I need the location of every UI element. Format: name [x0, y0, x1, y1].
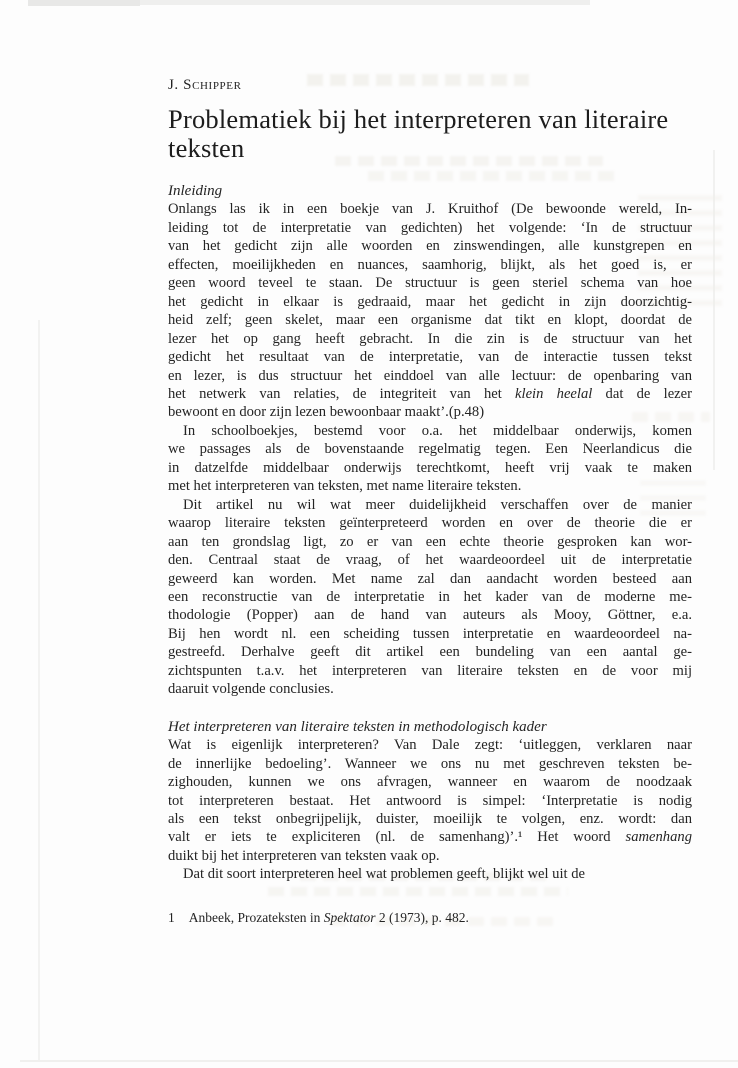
scan-edge-top-dark	[28, 0, 140, 6]
text-line: duikt bij het interpreteren van teksten …	[168, 847, 692, 865]
text-line: een reconstructie van de interpretatie i…	[168, 588, 692, 606]
text-line: valt er iets te expliciteren (nl. de sam…	[168, 828, 692, 846]
text-line: effecten, moeilijkheden en nuances, saam…	[168, 256, 692, 274]
text-line: Bij hen wordt nl. een scheiding tussen i…	[168, 625, 692, 643]
text-line: met het interpreteren van teksten, met n…	[168, 477, 692, 495]
text-line: de innerlijke bedoeling’. Wanneer we ons…	[168, 755, 692, 773]
paragraph: Onlangs las ik in een boekje van J. Krui…	[168, 200, 692, 421]
text-line: gestreefd. Derhalve geeft dit artikel ee…	[168, 643, 692, 661]
text-line: aan ten grondslag ligt, zo er van een ec…	[168, 533, 692, 551]
text-line: thodologie (Popper) aan de hand van aute…	[168, 606, 692, 624]
section-heading: Het interpreteren van literaire teksten …	[168, 718, 692, 736]
paragraph: Dit artikel nu wil wat meer duidelijkhei…	[168, 496, 692, 699]
text-line: we passages als de bovenstaande regelmat…	[168, 440, 692, 458]
text-line: waarop literaire teksten geïnterpreteerd…	[168, 514, 692, 532]
text-line: den. Centraal staat de vraag, of het waa…	[168, 551, 692, 569]
text-line: Onlangs las ik in een boekje van J. Krui…	[168, 200, 692, 218]
scan-edge-left	[38, 320, 40, 1062]
scan-edge-bottom	[20, 1060, 738, 1062]
text-line: Dat dit soort interpreteren heel wat pro…	[168, 865, 692, 883]
footnote-text: Anbeek, Prozateksten in Spektator 2 (197…	[189, 909, 692, 926]
text-line: lezer het op gang heeft gebracht. In die…	[168, 330, 692, 348]
text-line: geweerd kan worden. Met name zal dan aan…	[168, 570, 692, 588]
text-line: In schoolboekjes, bestemd voor o.a. het …	[168, 422, 692, 440]
text-line: zichtspunten t.a.v. het interpreteren va…	[168, 662, 692, 680]
footnote-marker: 1	[168, 909, 175, 926]
text-line: zighouden, kunnen we ons afvragen, wanne…	[168, 773, 692, 791]
scanned-page: { "colors": { "paper": "#fdfdfd", "ink":…	[0, 0, 738, 1068]
text-line: het netwerk van relaties, de integriteit…	[168, 385, 692, 403]
text-line: gedicht het resultaat van de interpretat…	[168, 348, 692, 366]
article-column: J. Schipper Problematiek bij het interpr…	[168, 76, 692, 926]
text-line: en lezer, is dus structuur het einddoel …	[168, 367, 692, 385]
author-line: J. Schipper	[168, 76, 692, 94]
footnote: 1 Anbeek, Prozateksten in Spektator 2 (1…	[168, 909, 692, 926]
text-line: leiding tot de interpretatie van gedicht…	[168, 219, 692, 237]
text-line: Dit artikel nu wil wat meer duidelijkhei…	[168, 496, 692, 514]
text-line: van het gedicht zijn alle woorden en zin…	[168, 237, 692, 255]
text-line: als een tekst onbegrijpelijk, duister, m…	[168, 810, 692, 828]
paragraph: In schoolboekjes, bestemd voor o.a. het …	[168, 422, 692, 496]
text-line: Wat is eigenlijk interpreteren? Van Dale…	[168, 736, 692, 754]
section-heading: Inleiding	[168, 182, 692, 200]
text-line: tot interpreteren bestaat. Het antwoord …	[168, 792, 692, 810]
text-line: heid zelf; geen skelet, maar een organis…	[168, 311, 692, 329]
article-flow: InleidingOnlangs las ik in een boekje va…	[168, 182, 692, 884]
text-line: geen woord teveel te staan. De structuur…	[168, 274, 692, 292]
text-line: daaruit volgende conclusies.	[168, 680, 692, 698]
text-line: in datzelfde middelbaar onderwijs terech…	[168, 459, 692, 477]
text-line: het gedicht in elkaar is gedraaid, maar …	[168, 293, 692, 311]
article-title: Problematiek bij het interpreteren van l…	[168, 105, 708, 163]
paragraph: Wat is eigenlijk interpreteren? Van Dale…	[168, 736, 692, 865]
text-line: bewoont en door zijn lezen bewoonbaar ma…	[168, 403, 692, 421]
paragraph: Dat dit soort interpreteren heel wat pro…	[168, 865, 692, 883]
